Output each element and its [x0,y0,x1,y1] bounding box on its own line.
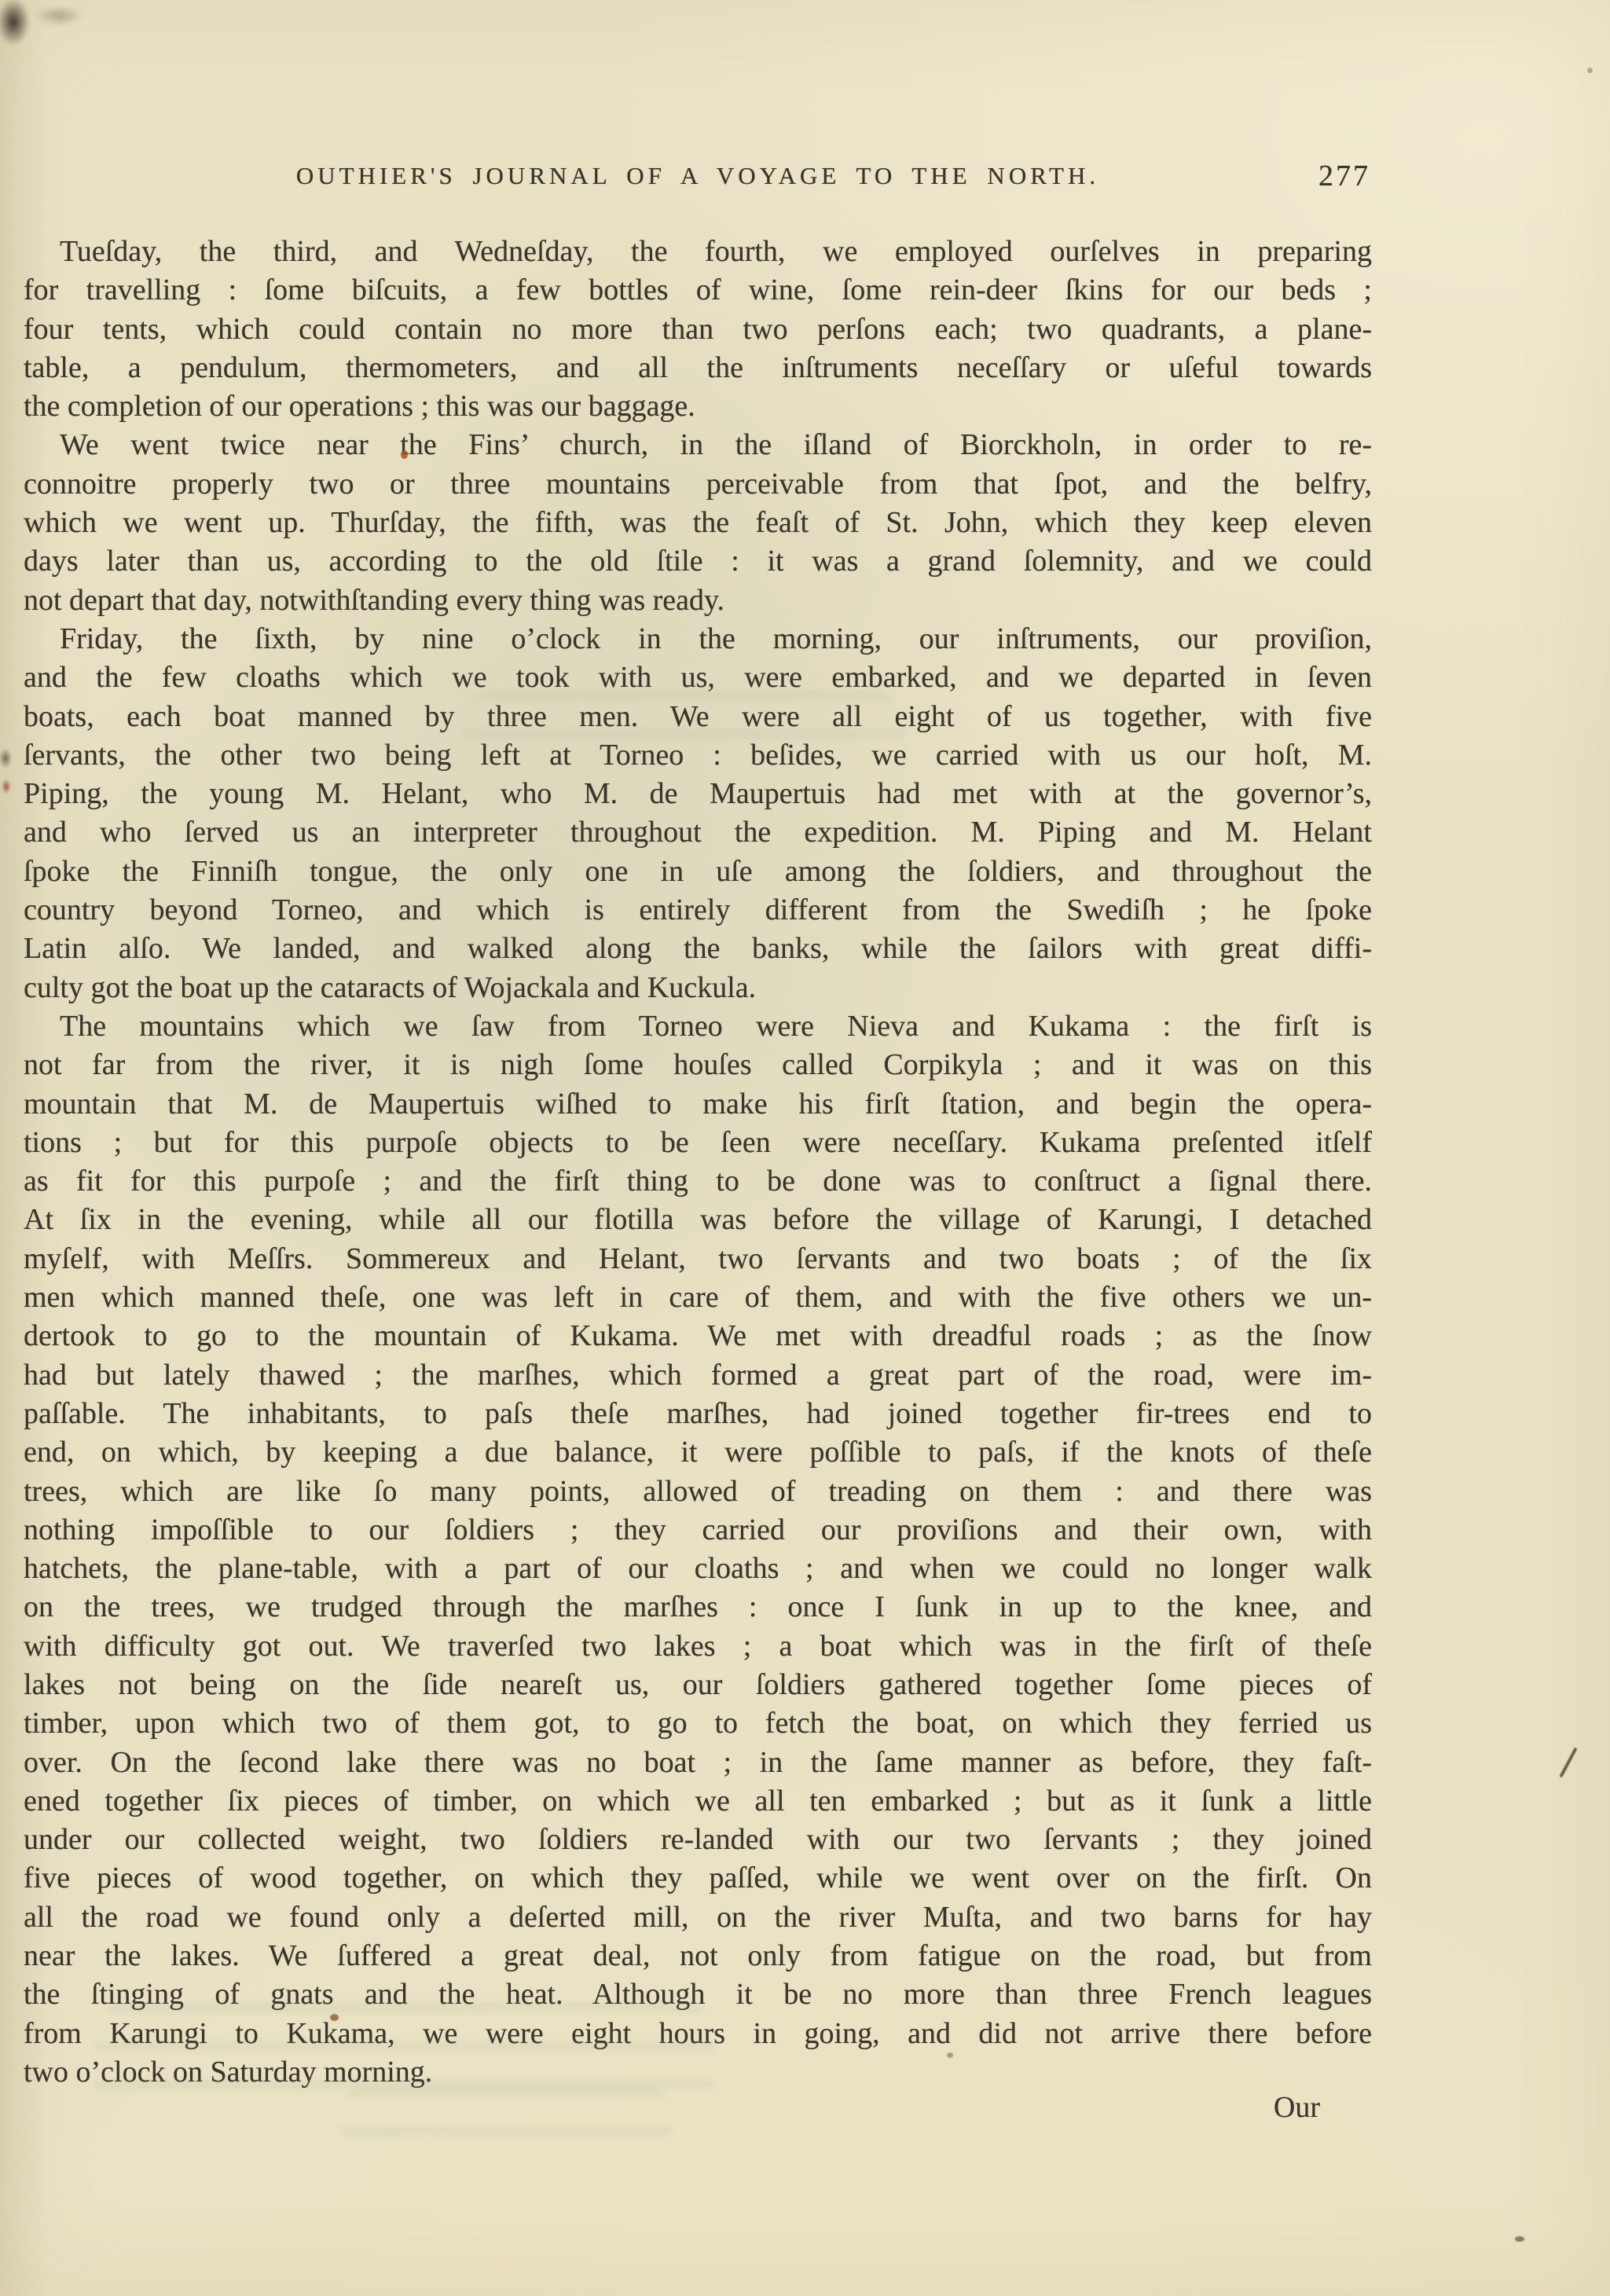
text-line: four tents, which could contain no more … [24,310,1372,349]
text-line: and who ſerved us an interpreter through… [24,813,1372,852]
scan-dot-top-right [1587,68,1593,73]
text-line: men which manned theſe, one was left in … [24,1278,1372,1317]
text-line: as fit for this purpoſe ; and the firſt … [24,1162,1372,1201]
scan-mark-left-edge [0,745,14,772]
scan-smudge-top-left [0,0,36,55]
text-line: country beyond Torneo, and which is enti… [24,891,1372,930]
text-line: for travelling : ſome biſcuits, a few bo… [24,271,1372,310]
text-line: mountain that M. de Maupertuis wiſhed to… [24,1085,1372,1124]
text-line: Latin alſo. We landed, and walked along … [24,930,1372,968]
text-line: Tueſday, the third, and Wedneſday, the f… [24,233,1372,271]
text-line: over. On the ſecond lake there was no bo… [24,1744,1372,1782]
text-line: nothing impoſſible to our ſoldiers ; the… [24,1511,1372,1550]
text-line: which we went up. Thurſday, the fifth, w… [24,504,1372,542]
text-line: ened together ſix pieces of timber, on w… [24,1782,1372,1821]
text-line: culty got the boat up the cataracts of W… [24,969,1372,1007]
paragraph: We went twice near the Fins’ church, in … [24,426,1372,619]
scan-smudge-top-left-2 [24,2,94,30]
text-line: connoitre properly two or three mountain… [24,465,1372,504]
page-number: 277 [1318,159,1370,193]
text-line: not far from the river, it is nigh ſome … [24,1046,1372,1084]
text-line: and the few cloaths which we took with u… [24,658,1372,697]
running-header-title: OUTHIER'S JOURNAL OF A VOYAGE TO THE NOR… [296,162,1099,190]
text-line: ſervants, the other two being left at To… [24,736,1372,775]
text-line: on the trees, we trudged through the mar… [24,1588,1372,1627]
scan-red-mark-left-edge [0,776,13,797]
text-line: under our collected weight, two ſoldiers… [24,1821,1372,1859]
text-line: the completion of our operations ; this … [24,387,1372,426]
scan-dot-bottom-right [1515,2236,1524,2242]
text-line: days later than us, according to the old… [24,542,1372,581]
text-line: had but lately thawed ; the marſhes, whi… [24,1356,1372,1395]
text-line: boats, each boat manned by three men. We… [24,698,1372,736]
book-page: OUTHIER'S JOURNAL OF A VOYAGE TO THE NOR… [0,0,1610,2296]
text-line: dertook to go to the mountain of Kukama.… [24,1317,1372,1355]
text-line: from Karungi to Kukama, we were eight ho… [24,2015,1372,2053]
text-line: tions ; but for this purpoſe objects to … [24,1124,1372,1162]
text-line: lakes not being on the ſide neareſt us, … [24,1666,1372,1704]
text-line: five pieces of wood together, on which t… [24,1859,1372,1898]
text-line: with difficulty got out. We traverſed tw… [24,1627,1372,1666]
pen-slash-right-margin [1559,1748,1577,1778]
show-through-smudge [338,2087,676,2146]
running-header: OUTHIER'S JOURNAL OF A VOYAGE TO THE NOR… [24,162,1372,190]
catchword: Our [1274,2090,1320,2125]
text-line: the ſtinging of gnats and the heat. Alth… [24,1975,1372,2014]
text-line: hatchets, the plane-table, with a part o… [24,1550,1372,1588]
text-line: The mountains which we ſaw from Torneo w… [24,1007,1372,1046]
text-line: all the road we found only a deſerted mi… [24,1898,1372,1937]
text-line: ſpoke the Finniſh tongue, the only one i… [24,853,1372,891]
text-line: paſſable. The inhabitants, to paſs theſe… [24,1395,1372,1433]
text-line: trees, which are like ſo many points, al… [24,1473,1372,1511]
text-line: We went twice near the Fins’ church, in … [24,426,1372,464]
body-text: Tueſday, the third, and Wedneſday, the f… [24,233,1372,2092]
text-line: table, a pendulum, thermometers, and all… [24,349,1372,387]
text-line: near the lakes. We ſuffered a great deal… [24,1937,1372,1975]
text-line: not depart that day, notwithſtanding eve… [24,581,1372,620]
text-line: Friday, the ſixth, by nine o’clock in th… [24,620,1372,658]
paragraph: Tueſday, the third, and Wedneſday, the f… [24,233,1372,426]
text-line: timber, upon which two of them got, to g… [24,1704,1372,1743]
text-line: myſelf, with Meſſrs. Sommereux and Helan… [24,1240,1372,1278]
text-line: Piping, the young M. Helant, who M. de M… [24,775,1372,813]
paragraph: The mountains which we ſaw from Torneo w… [24,1007,1372,2092]
text-line: end, on which, by keeping a due balance,… [24,1433,1372,1472]
paragraph: Friday, the ſixth, by nine o’clock in th… [24,620,1372,1007]
text-line: two o’clock on Saturday morning. [24,2053,1372,2092]
text-line: At ſix in the evening, while all our flo… [24,1201,1372,1239]
